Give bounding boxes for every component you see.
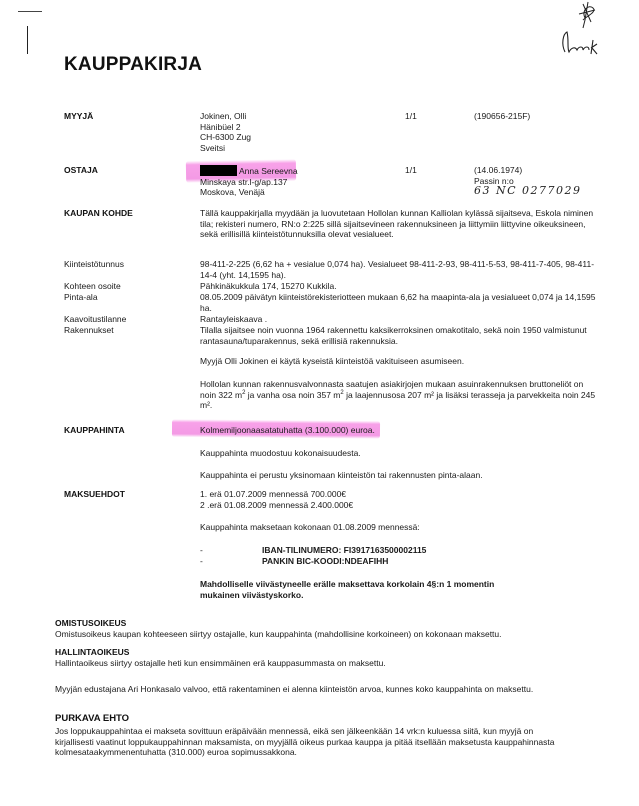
cancellation-heading: PURKAVA EHTO [55,713,595,724]
buildings-label: Rakennukset [64,325,114,336]
buyer-share: 1/1 [405,165,417,176]
zoning-value: Rantayleiskaava . [200,314,598,325]
signature-initials [555,0,615,60]
property-id-value: 98-411-2-225 (6,62 ha + vesialue 0,074 h… [200,259,598,280]
seller-block: Jokinen, Olli Hänibüel 2 CH-6300 Zug Sve… [200,111,251,153]
seller-address-line2: CH-6300 Zug [200,132,251,143]
installment-1: 1. erä 01.07.2009 mennessä 700.000€ [200,489,598,500]
buyer-label: OSTAJA [64,165,98,175]
zoning-label: Kaavoitustilanne [64,314,126,325]
bic: PANKIN BIC-KOODI:NDEAFIHH [262,556,388,567]
scan-mark-line [18,11,42,12]
ownership-text: Omistusoikeus kaupan kohteeseen siirtyy … [55,629,595,640]
cancellation-text: Jos loppukauppahintaa ei makseta sovittu… [55,726,555,758]
buyer-name: Anna Sereevna [239,166,298,176]
address-label: Kohteen osoite [64,281,121,292]
document-title: KAUPPAKIRJA [64,54,202,76]
possession-heading: HALLINTAOIKEUS [55,647,595,657]
seller-address-line1: Hänibüel 2 [200,122,251,133]
building-area-note: Hollolan kunnan rakennusvalvonnasta saat… [200,379,598,411]
passport-number-handwritten: 63 NC 0277029 [474,186,582,197]
payment-label: MAKSUEHDOT [64,489,125,499]
price-note-1: Kauppahinta muodostuu kokonaisuudesta. [200,448,598,459]
scan-mark-bar [27,26,28,54]
price-label: KAUPPAHINTA [64,425,125,435]
late-interest-note: Mahdolliselle viivästyneelle erälle maks… [200,579,530,600]
representative-note: Myyjän edustajana Ari Honkasalo valvoo, … [55,684,555,695]
price-amount: Kolmemiljoonaasatatuhatta (3.100.000) eu… [200,425,598,436]
property-id-label: Kiinteistötunnus [64,259,124,270]
buyer-address-line2: Moskova, Venäjä [200,187,298,198]
address-value: Pähkinäkukkula 174, 15270 Kukkila. [200,281,598,292]
subject-text: Tällä kauppakirjalla myydään ja luovutet… [200,208,598,240]
seller-name: Jokinen, Olli [200,111,251,122]
bullet-dash: - [200,556,203,567]
installment-2: 2 .erä 01.08.2009 mennessä 2.400.000€ [200,500,598,511]
buyer-address-line1: Minskaya str.l-g/ap.137 [200,177,298,188]
seller-id: (190656-215F) [474,111,530,122]
area-label: Pinta-ala [64,292,98,303]
seller-country: Sveitsi [200,143,251,154]
subject-label: KAUPAN KOHDE [64,208,133,218]
buyer-id-block: (14.06.1974) Passin n:o 63 NC 0277029 [474,165,582,197]
buyer-birthdate: (14.06.1974) [474,165,582,176]
possession-text: Hallintaoikeus siirtyy ostajalle heti ku… [55,658,595,669]
residence-note: Myyjä Olli Jokinen ei käytä kyseistä kii… [200,356,598,367]
buyer-name-row: Anna Sereevna [200,165,298,177]
seller-label: MYYJÄ [64,111,93,121]
area-note-part-b: ja vanha osa noin 357 m [245,390,340,400]
buildings-value: Tilalla sijaitsee noin vuonna 1964 raken… [200,325,598,346]
iban: IBAN-TILINUMERO: FI3917163500002115 [262,545,426,556]
bullet-dash: - [200,545,203,556]
full-payment-deadline: Kauppahinta maksetaan kokonaan 01.08.200… [200,522,598,533]
area-value: 08.05.2009 päivätyn kiinteistörekisterio… [200,292,598,313]
buyer-block: Anna Sereevna Minskaya str.l-g/ap.137 Mo… [200,165,298,198]
ownership-heading: OMISTUSOIKEUS [55,618,595,628]
seller-share: 1/1 [405,111,417,122]
price-note-2: Kauppahinta ei perustu yksinomaan kiinte… [200,470,598,481]
redaction-box [200,165,237,176]
